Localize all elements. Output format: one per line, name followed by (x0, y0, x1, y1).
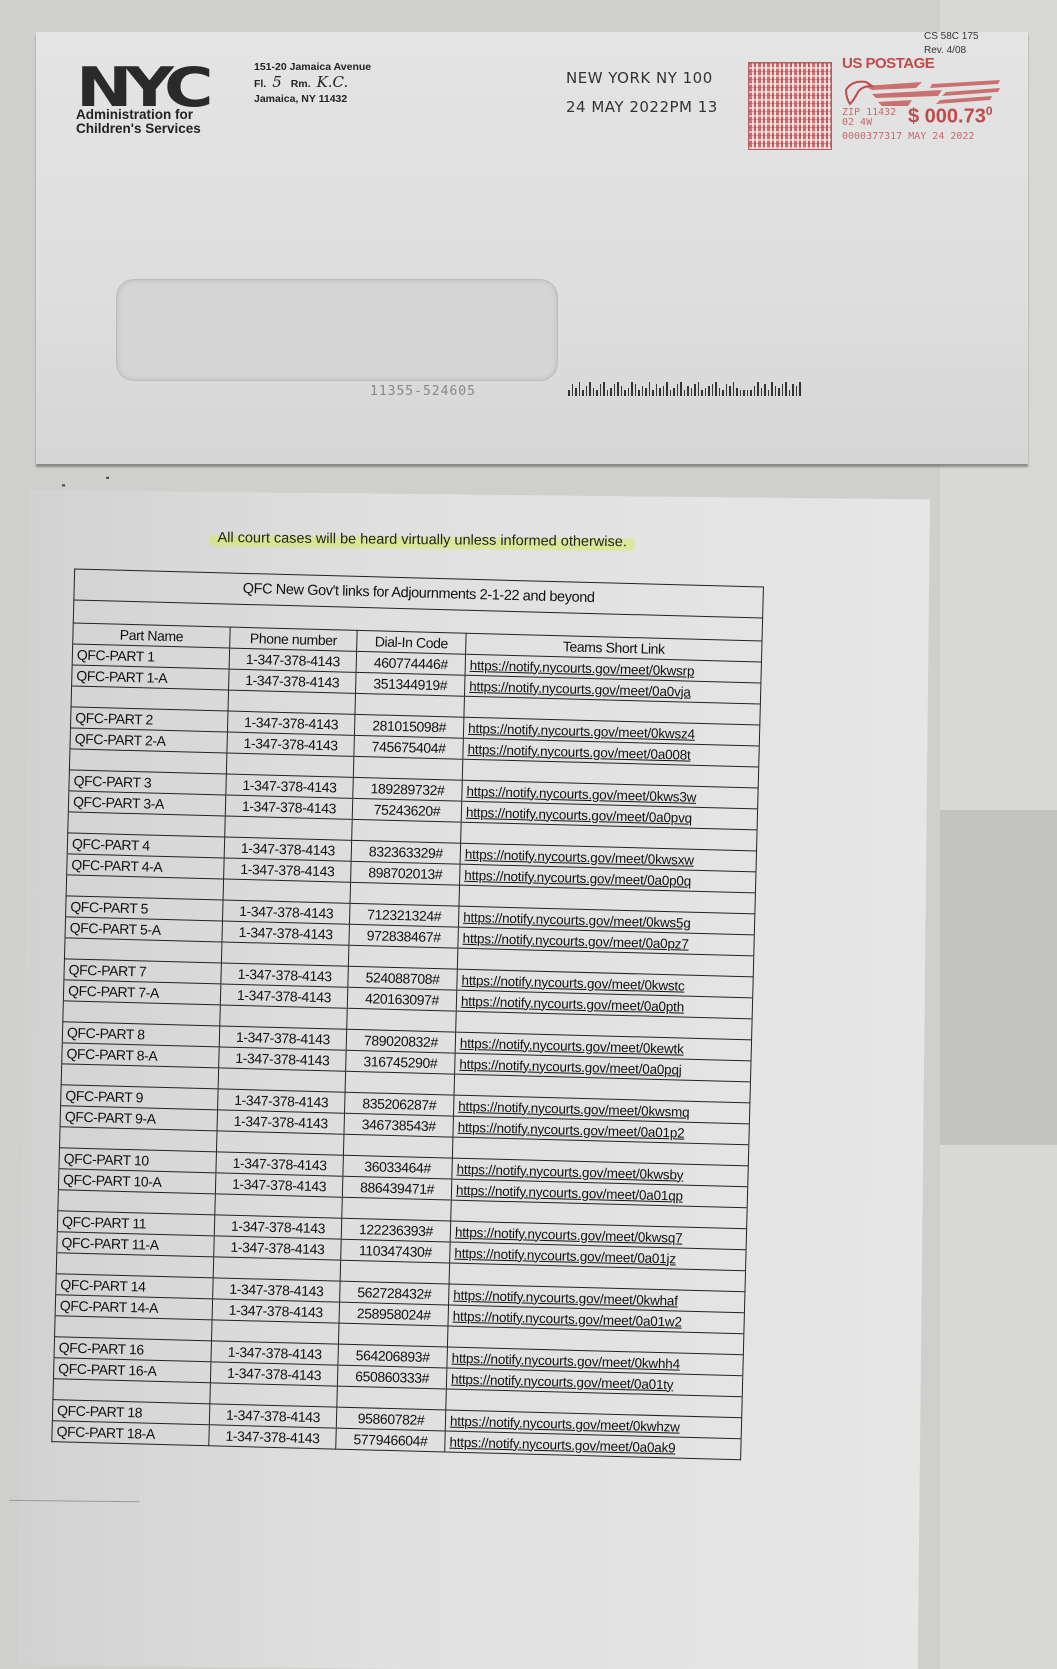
teams-link[interactable]: https://notify.nycourts.gov/meet/0kwhaf (453, 1287, 678, 1308)
dial-in-code: 281015098# (354, 714, 464, 738)
envelope-window (116, 279, 558, 381)
letter-page: All court cases will be heard virtually … (18, 490, 930, 1669)
floor-label: Fl. (254, 78, 266, 90)
teams-link[interactable]: https://notify.nycourts.gov/meet/0a0pvq (466, 804, 692, 825)
amount-superscript: 0 (986, 104, 993, 118)
us-postage-label: US POSTAGE (842, 55, 934, 72)
zone-text: 02 4W (842, 118, 896, 128)
dial-in-code: 832363329# (351, 840, 461, 864)
meter-zip: ZIP 11432 02 4W (842, 108, 896, 128)
form-id-line-1: CS 58C 175 (924, 30, 978, 44)
return-floor-room: Fl.5 Rm.K.C. (254, 75, 371, 92)
header-dial-in-code: Dial-In Code (357, 630, 467, 654)
teams-link[interactable]: https://notify.nycourts.gov/meet/0kwsmq (458, 1098, 690, 1119)
blank-cell (353, 756, 463, 780)
blank-cell (348, 945, 458, 969)
form-id-line-2: Rev. 4/08 (924, 44, 978, 58)
phone-number: 1-347-378-4143 (209, 1425, 337, 1449)
tracking-code: 11355-524605 (370, 384, 476, 399)
teams-link[interactable]: https://notify.nycourts.gov/meet/0a0vja (469, 678, 691, 699)
background-object (940, 810, 1057, 1145)
dial-in-code: 972838467# (349, 924, 459, 948)
teams-link[interactable]: https://notify.nycourts.gov/meet/0kwsq7 (455, 1224, 683, 1245)
blank-cell (350, 882, 460, 906)
teams-link[interactable]: https://notify.nycourts.gov/meet/0kwsxw (465, 846, 694, 867)
dial-in-code: 564206893# (338, 1344, 448, 1368)
room-handwritten: K.C. (317, 73, 349, 91)
agency-name: Administration for Children's Services (76, 108, 201, 136)
envelope: NYC Administration for Children's Servic… (36, 32, 1028, 464)
blank-cell (340, 1260, 450, 1284)
dial-in-code: 835206287# (345, 1092, 455, 1116)
teams-link[interactable]: https://notify.nycourts.gov/meet/0a0ak9 (449, 1434, 675, 1455)
teams-link[interactable]: https://notify.nycourts.gov/meet/0kws3w (466, 783, 696, 804)
dial-in-code: 346738543# (344, 1113, 454, 1137)
dial-in-code: 110347430# (341, 1239, 451, 1263)
dial-in-code: 75243620# (352, 798, 462, 822)
blank-cell (343, 1134, 453, 1158)
teams-link[interactable]: https://notify.nycourts.gov/meet/0a0pqj (459, 1056, 682, 1077)
dial-in-code: 316745290# (346, 1050, 456, 1074)
teams-link[interactable]: https://notify.nycourts.gov/meet/0a0p0q (464, 867, 691, 888)
postage-amount: $ 000.730 (908, 104, 993, 129)
paper-mark (62, 484, 65, 486)
dial-in-code: 258958024# (339, 1302, 449, 1326)
teams-link[interactable]: https://notify.nycourts.gov/meet/0a01jz (454, 1245, 676, 1266)
teams-link[interactable]: https://notify.nycourts.gov/meet/0kwstc (461, 972, 684, 993)
teams-link[interactable]: https://notify.nycourts.gov/meet/0kwsrp (470, 657, 695, 678)
teams-link[interactable]: https://notify.nycourts.gov/meet/0a01w2 (453, 1308, 682, 1329)
dial-in-code: 460774446# (356, 651, 466, 675)
return-address: 151-20 Jamaica Avenue Fl.5 Rm.K.C. Jamai… (254, 60, 371, 107)
blank-cell (337, 1386, 447, 1410)
dial-in-code: 351344919# (356, 672, 466, 696)
teams-link[interactable]: https://notify.nycourts.gov/meet/0a0pz7 (462, 930, 688, 951)
postmark-date: 24 MAY 2022PM 13 (566, 93, 718, 122)
dial-in-code: 562728432# (340, 1281, 450, 1305)
paper-fold-line (9, 1500, 139, 1502)
teams-link[interactable]: https://notify.nycourts.gov/meet/0kwsby (456, 1161, 683, 1182)
dial-in-code: 420163097# (347, 987, 457, 1011)
court-links-table: QFC New Gov't links for Adjournments 2-1… (51, 568, 764, 1460)
postmark-city: NEW YORK NY 100 (566, 64, 718, 93)
teams-link[interactable]: https://notify.nycourts.gov/meet/0kwsz4 (468, 720, 695, 741)
dial-in-code: 745675404# (354, 735, 464, 759)
dial-in-code: 577946604# (336, 1428, 446, 1452)
virtual-hearing-notice: All court cases will be heard virtually … (209, 528, 635, 552)
teams-link[interactable]: https://notify.nycourts.gov/meet/0a01p2 (458, 1119, 685, 1140)
blank-cell (345, 1071, 455, 1095)
amount-text: $ 000.73 (908, 106, 986, 128)
dial-in-code: 712321324# (349, 903, 459, 927)
blank-cell (342, 1197, 452, 1221)
postage-2d-barcode (748, 62, 832, 150)
dial-in-code: 650860333# (337, 1365, 447, 1389)
teams-link[interactable]: https://notify.nycourts.gov/meet/0a01qp (456, 1182, 683, 1203)
blank-cell (355, 693, 465, 717)
dial-in-code: 122236393# (341, 1218, 451, 1242)
room-label: Rm. (291, 78, 311, 90)
dial-in-code: 886439471# (342, 1176, 452, 1200)
dial-in-code: 36033464# (343, 1155, 453, 1179)
floor-handwritten: 5 (272, 73, 282, 91)
teams-link[interactable]: https://notify.nycourts.gov/meet/0kewtk (460, 1035, 684, 1056)
agency-line-1: Administration for (76, 108, 201, 122)
postmark: NEW YORK NY 100 24 MAY 2022PM 13 (566, 64, 718, 122)
teams-link[interactable]: https://notify.nycourts.gov/meet/0kws5g (463, 909, 691, 930)
part-name: QFC-PART 18-A (52, 1421, 209, 1446)
teams-link[interactable]: https://notify.nycourts.gov/meet/0a0pth (461, 993, 684, 1014)
paper-mark (106, 477, 109, 479)
form-id: CS 58C 175 Rev. 4/08 (924, 30, 978, 58)
teams-link[interactable]: https://notify.nycourts.gov/meet/0kwhh4 (451, 1350, 680, 1371)
dial-in-code: 898702013# (351, 861, 461, 885)
meter-serial-date: 0000377317 MAY 24 2022 (842, 131, 974, 142)
blank-cell (352, 819, 462, 843)
teams-link[interactable]: https://notify.nycourts.gov/meet/0a008t (467, 741, 690, 762)
dial-in-code: 524088708# (348, 966, 458, 990)
dial-in-code: 95860782# (336, 1407, 446, 1431)
dial-in-code: 789020832# (346, 1029, 456, 1053)
dial-in-code: 189289732# (353, 777, 463, 801)
return-city: Jamaica, NY 11432 (254, 92, 371, 107)
blank-cell (347, 1008, 457, 1032)
blank-cell (338, 1323, 448, 1347)
teams-link[interactable]: https://notify.nycourts.gov/meet/0a01ty (451, 1371, 674, 1392)
postal-barcode (568, 380, 898, 396)
agency-line-2: Children's Services (76, 122, 201, 136)
postage-meter: US POSTAGE ZIP 11432 02 4W $ 000.730 000… (836, 52, 1016, 152)
teams-link[interactable]: https://notify.nycourts.gov/meet/0kwhzw (450, 1413, 680, 1434)
